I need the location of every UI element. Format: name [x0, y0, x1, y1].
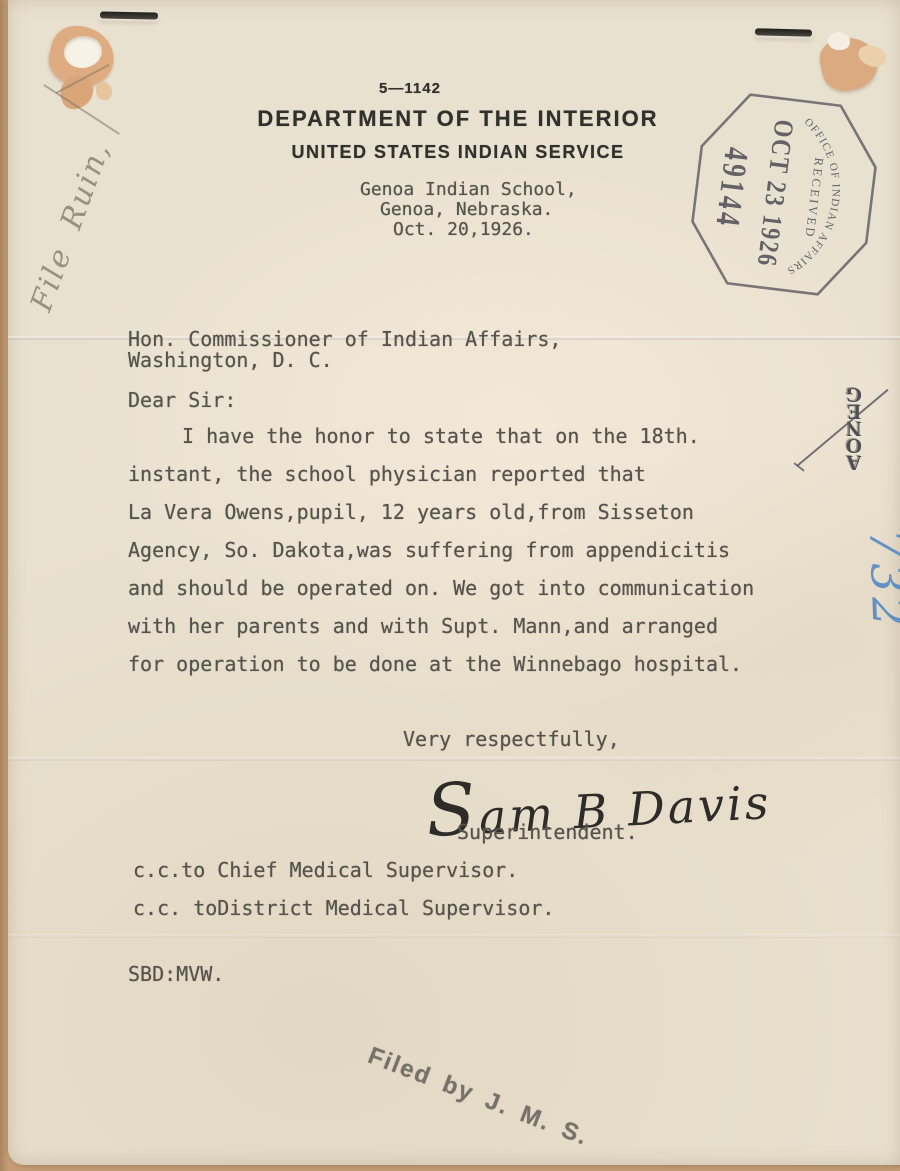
school-name-line: Genoa Indian School,: [360, 179, 577, 200]
fold-crease-bottom: [8, 934, 900, 938]
body-line: Agency, So. Dakota,was suffering from ap…: [128, 538, 828, 576]
letter-date: Oct. 20,1926.: [393, 219, 534, 240]
genoa-stamp: GENOA: [841, 386, 867, 471]
received-stamp-date: OCT 23 1926: [751, 118, 799, 269]
body-line: for operation to be done at the Winnebag…: [128, 652, 828, 690]
body-line: I have the honor to state that on the 18…: [128, 424, 828, 462]
school-place-line: Genoa, Nebraska.: [380, 199, 553, 220]
blue-file-number: 732: [858, 528, 900, 632]
letter-paper: 5—1142 DEPARTMENT OF THE INTERIOR UNITED…: [8, 0, 900, 1165]
handwritten-file-note: File Ruin,: [24, 137, 118, 316]
recipient-line-2: Washington, D. C.: [128, 348, 333, 372]
staple-slot-left: [100, 11, 158, 19]
body-line: instant, the school physician reported t…: [128, 462, 828, 500]
body-line: and should be operated on. We got into c…: [128, 576, 828, 614]
salutation: Dear Sir:: [128, 388, 236, 412]
cc-line-2: c.c. toDistrict Medical Supervisor.: [133, 896, 554, 920]
signature-title: Superintendent.: [457, 820, 638, 844]
received-stamp: OFFICE OF INDIAN AFFAIRS RECEIVED OCT 23…: [680, 84, 888, 305]
body-line: La Vera Owens,pupil, 12 years old,from S…: [128, 500, 828, 538]
cc-line-1: c.c.to Chief Medical Supervisor.: [133, 858, 518, 882]
closing: Very respectfully,: [403, 727, 620, 751]
scanned-letter: 5—1142 DEPARTMENT OF THE INTERIOR UNITED…: [0, 0, 900, 1171]
staple-slot-right: [755, 28, 812, 36]
typist-initials: SBD:MVW.: [128, 962, 224, 986]
letter-body: I have the honor to state that on the 18…: [128, 424, 828, 690]
filed-by-stamp: Filed by J. M. S.: [364, 1042, 593, 1152]
body-line: with her parents and with Supt. Mann,and…: [128, 614, 828, 652]
received-stamp-number: 49144: [708, 145, 756, 231]
